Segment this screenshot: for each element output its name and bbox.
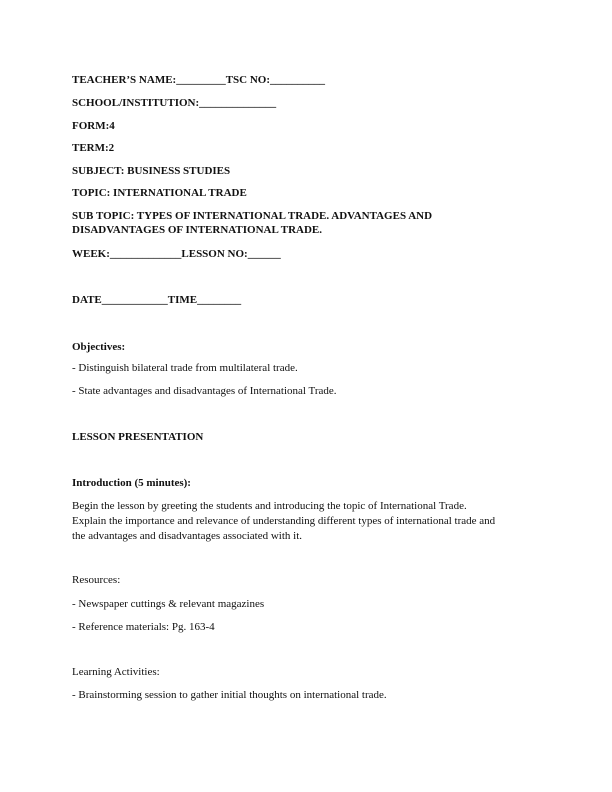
resource-item: - Newspaper cuttings & relevant magazine…: [72, 598, 264, 611]
subject-line: SUBJECT: BUSINESS STUDIES: [72, 165, 230, 178]
learning-activity-item: - Brainstorming session to gather initia…: [72, 689, 387, 702]
subtopic-line-2: DISADVANTAGES OF INTERNATIONAL TRADE.: [72, 224, 322, 237]
lesson-presentation-heading: LESSON PRESENTATION: [72, 431, 203, 444]
introduction-text-line: Begin the lesson by greeting the student…: [72, 500, 467, 513]
subtopic-line-1: SUB TOPIC: TYPES OF INTERNATIONAL TRADE.…: [72, 210, 432, 223]
teacher-name-tsc-line: TEACHER’S NAME:_________TSC NO:_________…: [72, 74, 325, 87]
resource-item: - Reference materials: Pg. 163-4: [72, 621, 215, 634]
term-line: TERM:2: [72, 142, 114, 155]
learning-activities-heading: Learning Activities:: [72, 666, 160, 679]
resources-heading: Resources:: [72, 574, 120, 587]
school-institution-line: SCHOOL/INSTITUTION:______________: [72, 97, 276, 110]
form-line: FORM:4: [72, 120, 115, 133]
topic-line: TOPIC: INTERNATIONAL TRADE: [72, 187, 247, 200]
introduction-text-line: the advantages and disadvantages associa…: [72, 530, 302, 543]
week-lesson-line: WEEK:_____________LESSON NO:______: [72, 248, 281, 261]
introduction-text-line: Explain the importance and relevance of …: [72, 515, 495, 528]
objectives-heading: Objectives:: [72, 341, 125, 354]
introduction-heading: Introduction (5 minutes):: [72, 477, 191, 490]
objective-item: - Distinguish bilateral trade from multi…: [72, 362, 298, 375]
date-time-line: DATE____________TIME________: [72, 294, 241, 307]
objective-item: - State advantages and disadvantages of …: [72, 385, 337, 398]
